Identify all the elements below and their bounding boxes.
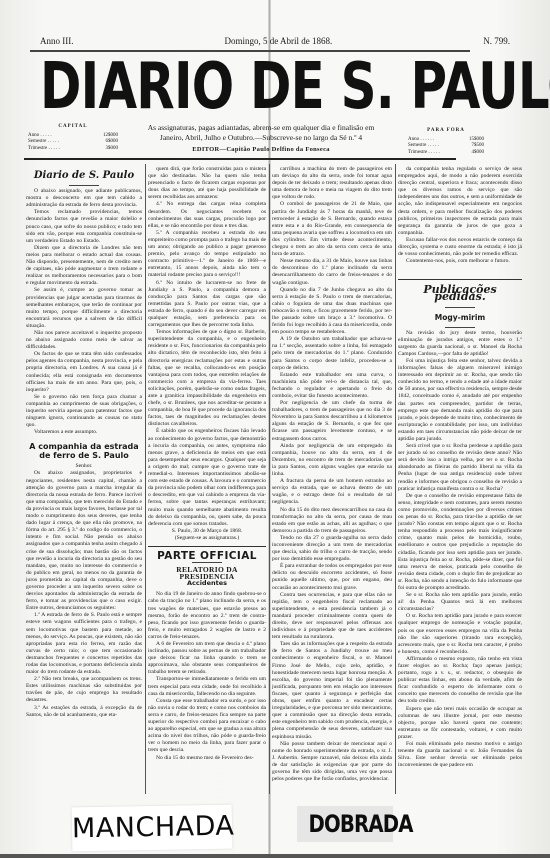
paragraph: Os factos de que se trata têm sido confe…: [26, 351, 142, 394]
signatures-note: (Seguem-se as assignaturas.): [148, 535, 266, 542]
paragraph: Consta que esse trabalhador era surdo, e…: [148, 698, 266, 755]
divider: [445, 307, 475, 308]
paragraph: da companhia tenha regulado o serviço de…: [398, 166, 522, 237]
salutation: Senhor.: [26, 463, 142, 470]
paragraph: O sr. Rocha tem aptidão para jurado e pa…: [398, 613, 522, 656]
subscription-line-2: Janeiro, Abril, Julho e Outubro.—Subscre…: [120, 133, 402, 143]
column-1: Diario de S. Paulo O abaixo assignado, q…: [26, 166, 142, 766]
paragraph: Contra taes ocurrencias, e para que ella…: [272, 592, 392, 642]
paragraph: Dizem que a directoria de Londres não te…: [26, 245, 142, 288]
accidentes-subtitle: Accidentes: [148, 580, 266, 587]
paragraph: No dia 15 do mesmo mez de Fevereiro des-: [148, 755, 266, 762]
paragraph: A 19 de Outubro um trabalhador que achav…: [272, 336, 392, 371]
rate-value: 3$000: [106, 146, 119, 153]
paragraph: De que o conselho de revisão emprestasse…: [398, 493, 522, 592]
paragraph: No dia 19 de Janeiro do anno findo quebr…: [148, 591, 266, 641]
publicacoes-pedidas-title: Publicações pedidas.: [398, 286, 522, 300]
capital-heading: CAPITAL: [28, 124, 118, 131]
issue-number: N. 799.: [483, 36, 510, 46]
paragraph: Se o sr. Rocha não tem aptidão para jura…: [398, 592, 522, 613]
paragraph: Os abaixo assignados, proprietarios e ne…: [26, 470, 142, 612]
newspaper-page: Anno III. Domingo, 5 de Abril de 1868. N…: [0, 0, 550, 858]
divider: [192, 562, 222, 563]
masthead-bottom-rule: [24, 158, 456, 160]
paragraph: 4.º No entrega das cargas reina completa…: [148, 201, 266, 229]
paragraph: Tendo no dia 27 o guarda-agulha na serra…: [272, 535, 392, 563]
divider: [69, 185, 99, 186]
paragraph: Contentemo-nos, pois, com melhorar o fut…: [398, 258, 522, 265]
paragraph: 1.º A estrada de ferro de S. Paulo está …: [26, 612, 142, 676]
column-divider: [269, 164, 270, 794]
bottom-edge: [0, 854, 550, 858]
paragraph: Temos informações de que o digno sr. Bar…: [148, 329, 266, 428]
paragraph: Não posso tambem deixar de mencionar aqu…: [272, 741, 392, 781]
para-fora-rates: PARA FORA Anno . . . . . .15$000 Semestr…: [408, 128, 484, 156]
paragraph: Voltaremos a este assumpto.: [26, 429, 142, 436]
dateline: Anno III. Domingo, 5 de Abril de 1868. N…: [40, 36, 510, 46]
masthead-title: DIARIO DE S. PAULO: [40, 54, 407, 120]
paragraph: 3.º As estações da estrada, á excepção d…: [26, 705, 142, 719]
paragraph: carrilhou a machina do trem de passageir…: [272, 166, 392, 201]
subscription-info: As assignaturas, pagas adiantadas, abrem…: [120, 123, 402, 155]
paragraph: A 6 de Fevereiro um trem que descia o 4.…: [148, 641, 266, 676]
paragraph: 5.º A companhia recebeu a estrada do seu…: [148, 230, 266, 280]
editor-line: EDITOR—Capitão Paulo Delfino da Fonseca: [120, 145, 402, 155]
paragraph: Nesse mesmo dia, a 31 de Maio, houve nas…: [272, 258, 392, 286]
folded-stamp-text: DOBRADA: [308, 806, 412, 842]
paragraph: Transportou-se immediatamente o ferido e…: [148, 676, 266, 697]
para-fora-heading: PARA FORA: [408, 128, 484, 135]
stained-stamp-label: MANCHADA: [72, 805, 233, 852]
paragraph: Quando no dia 7 de Junho chegava ao alto…: [272, 287, 392, 337]
paragraph: É para extranhar de todos os empregados …: [272, 563, 392, 591]
paragraph: Espero que não terei mais occasião de oc…: [398, 706, 522, 741]
paragraph: O comboi de passageiros de 21 de Maio, q…: [272, 201, 392, 258]
folded-stamp-label: DOBRADA: [297, 806, 393, 842]
paragraph: Affirmando o mesmo exposto, não tenho em…: [398, 656, 522, 706]
paragraph: Taes são as informações que a respeito d…: [272, 641, 392, 740]
column-4: da companhia tenha regulado o serviço de…: [398, 166, 522, 786]
rate-value: 4$000: [472, 150, 485, 157]
paragraph: O abaixo assignado, que adiante publicam…: [26, 188, 142, 209]
rate-label: Trimestre . . . . .: [28, 146, 60, 153]
paragraph: No dia 15 do dito mez descencarrilhou na…: [272, 507, 392, 535]
paragraph: 6.º No intuito de lucrarem-se no frete d…: [148, 280, 266, 330]
rate-row: Trimestre . . . . .3$000: [28, 146, 118, 153]
subscription-line-1: As assignaturas, pagas adiantadas, abrem…: [120, 123, 402, 133]
paragraph: Ainda por negligencia de um empregado da…: [272, 443, 392, 478]
divider: [445, 327, 475, 328]
paragraph: Temos reclamado providencias, temos denu…: [26, 209, 142, 244]
paragraph: Se assim é, cumpre ao governo tomar as p…: [26, 287, 142, 330]
section-title-companhia: A companhia da estrada de ferro de S. Pa…: [26, 442, 142, 460]
divider: [398, 279, 522, 280]
mogy-mirim-subtitle: Mogy-mirim: [398, 314, 522, 321]
paragraph: Foi uma injustiça feita este senhor, tal…: [398, 358, 522, 443]
divider: [148, 546, 266, 547]
paragraph: Estando este trabalhador em uma curva, o…: [272, 372, 392, 400]
paragraph: Por negligencia de um chefe da turma de …: [272, 400, 392, 443]
paragraph: Será crivel que o sr. Rocha perdesse a a…: [398, 443, 522, 493]
paragraph: quem dirá, que forão construidas para o …: [148, 166, 266, 201]
column-divider: [145, 164, 146, 794]
relatorio-title: RELATORIO DA PRESIDENCIA: [148, 566, 266, 580]
column-divider: [395, 164, 396, 794]
date-label: Domingo, 5 de Abril de 1868.: [225, 36, 333, 46]
parte-official-title: PARTE OFFICIAL: [148, 553, 266, 560]
column-2: quem dirá, que forão construidas para o …: [148, 166, 266, 791]
paragraph: É sabido que os engenheiros fiscaes hão …: [148, 428, 266, 527]
capital-rates: CAPITAL Anno . . . . .12$000 Semestre . …: [28, 124, 118, 152]
paragraph: Escusao fallar-vos dos novos estarcis de…: [398, 237, 522, 258]
section-title-diario: Diario de S. Paulo: [26, 172, 142, 179]
paragraph: 2.º Não tem breaks, que acompanhem os tr…: [26, 676, 142, 704]
paragraph: Se o governo não tem força para chamar a…: [26, 394, 142, 429]
paragraph: A fractura da perna de um homem estranho…: [272, 478, 392, 506]
paragraph: Na revisão do jury deste termo, houverão…: [398, 330, 522, 358]
year-label: Anno III.: [40, 36, 74, 46]
dateline-signature: S. Paulo, 30 de Março de 1868.: [148, 528, 266, 535]
paragraph: Foi mais eliminado pelo mesmo motivo o a…: [398, 741, 522, 769]
paragraph: Não nos parece acceitavel o inquerito pr…: [26, 330, 142, 351]
rate-row: Trimestre . . . . .4$000: [408, 150, 484, 157]
column-3: carrilhou a machina do trem de passageir…: [272, 166, 392, 781]
rate-label: Trimestre . . . . .: [408, 150, 440, 157]
